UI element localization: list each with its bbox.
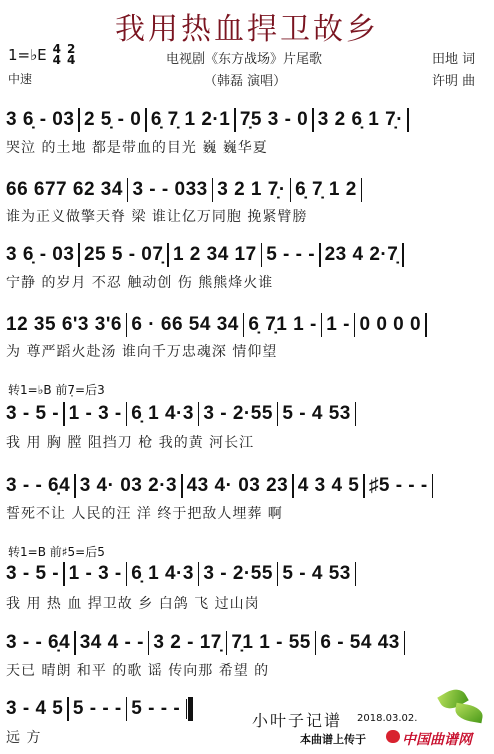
barline: [355, 402, 357, 426]
measure: 3 - 2·55: [203, 563, 272, 585]
notes-line: 3 - 5 -1 - 3 -6̣ 1 4·33 - 2·555 - 4 53: [6, 402, 490, 426]
barline: [312, 108, 314, 132]
barline: [363, 474, 365, 498]
time-signature-2: 2 4: [67, 44, 75, 66]
barline: [78, 108, 80, 132]
barline: [74, 631, 76, 655]
measure: 3 - 4 5: [6, 698, 63, 720]
measure: 3 4· 03 2·3: [80, 475, 177, 497]
barline: [198, 402, 200, 426]
barline: [404, 631, 406, 655]
barline: [361, 178, 363, 202]
lyrics-line: 宁静 的岁月 不忍 触动创 伤 熊熊烽火谁: [6, 272, 490, 292]
notes-line: 3 - 5 -1 - 3 -6̣ 1 4·33 - 2·555 - 4 53: [6, 562, 490, 586]
measure: 3 - - 6̣4: [6, 632, 70, 654]
measure: 6̣ 7̣1 1 -: [248, 314, 316, 336]
barline: [354, 313, 356, 337]
barline: [212, 178, 214, 202]
barline: [226, 631, 228, 655]
barline: [126, 313, 128, 337]
key-signature: 1=♭E: [8, 46, 47, 64]
measure: 25 5 - 07̣: [84, 244, 164, 266]
notes-line: 3 - 4 55 - - -5 - - -: [6, 697, 193, 721]
measure: 0 0 0 0: [359, 314, 421, 336]
barline: [315, 631, 317, 655]
measure: 3 - 5 -: [6, 563, 59, 585]
notes-line: 66 677 62 343 - - 0333 2 1 7̣·6̣ 7̣ 1 2: [6, 178, 490, 202]
time-signature-1: 4 4: [53, 44, 61, 66]
barline: [126, 402, 128, 426]
notes-line: 3 - - 6̣43 4· 03 2·343 4· 03 234 3 4 5♯5…: [6, 474, 490, 498]
measure: 3 6̣ - 03: [6, 109, 74, 131]
leaf-logo-icon: [454, 703, 484, 724]
measure: 2 5̣ - 0: [84, 109, 141, 131]
measure: 34 4 - -: [80, 632, 144, 654]
measure: 5 - 4 53: [282, 403, 350, 425]
lyricist: 田地 词: [432, 48, 475, 67]
measure: 7̣5 3 - 0: [240, 109, 308, 131]
measure: 6 - 54 43: [320, 632, 400, 654]
barline: [126, 697, 128, 721]
measure: 1 -: [326, 314, 350, 336]
barline: [127, 178, 129, 202]
barline: [243, 313, 245, 337]
upload-credit: 本曲谱上传于: [300, 731, 366, 747]
measure: ♯5 - - -: [369, 475, 428, 497]
barline: [126, 562, 128, 586]
barline: [321, 313, 323, 337]
notes-line: 3 6̣ - 032 5̣ - 06̣ 7̣ 1 2·17̣5 3 - 03 2…: [6, 108, 490, 132]
measure: 5 - - -: [73, 698, 122, 720]
tempo-marking: 中速: [8, 70, 32, 87]
measure: 3 - - 6̣4: [6, 475, 70, 497]
final-barline: [188, 697, 193, 721]
notes-line: 3 6̣ - 0325 5 - 07̣1 2 34 175 - - -23 4 …: [6, 243, 490, 267]
measure: 23 4 2·7̣: [325, 244, 399, 266]
modulation-marking: 转1=♭B 前7̣=后3: [8, 381, 105, 398]
barline: [74, 474, 76, 498]
measure: 3 - - 033: [132, 179, 207, 201]
measure: 6̣ 1 4·3: [131, 563, 194, 585]
measure: 6̣ 1 4·3: [131, 403, 194, 425]
barline: [78, 243, 80, 267]
measure: 3 2 6̣ 1 7̣·: [318, 109, 403, 131]
measure: 3 - 5 -: [6, 403, 59, 425]
measure: 1 - 3 -: [69, 563, 122, 585]
measure: 5 - 4 53: [282, 563, 350, 585]
measure: 1 2 34 17: [173, 244, 257, 266]
measure: 6̣ 7̣ 1 2: [295, 179, 357, 201]
barline: [277, 562, 279, 586]
transcriber-signature: 小叶子记谱: [252, 708, 342, 731]
composer: 许明 曲: [432, 70, 475, 89]
lyrics-line: 哭泣 的土地 都是带血的目光 巍 巍华夏: [6, 137, 490, 157]
measure: 3 - 2·55: [203, 403, 272, 425]
site-name-link[interactable]: 中国曲谱网: [402, 729, 472, 749]
transcription-date: 2018.03.02.: [357, 713, 417, 724]
lyrics-line: 为 尊严蹈火赴汤 谁向千万忠魂深 情仰望: [6, 341, 490, 361]
modulation-marking: 转1=B 前♯5=后5: [8, 543, 105, 560]
measure: 3 2 - 17̣: [153, 632, 221, 654]
barline: [290, 178, 292, 202]
barline: [167, 243, 169, 267]
barline: [319, 243, 321, 267]
barline: [432, 474, 434, 498]
measure: 5 - - -: [266, 244, 315, 266]
measure: 6 · 66 54 34: [131, 314, 238, 336]
measure: 43 4· 03 23: [187, 475, 289, 497]
site-logo-icon: [386, 730, 400, 743]
lyrics-line: 誓死不让 人民的汪 洋 终于把敌人埋葬 啊: [6, 503, 490, 523]
measure: 5 - - -: [131, 698, 180, 720]
measure: 7̣1 1 - 55: [231, 632, 311, 654]
barline: [181, 474, 183, 498]
notes-line: 12 35 6ʹ3 3ʹ66 · 66 54 346̣ 7̣1 1 -1 -0 …: [6, 313, 490, 337]
lyrics-line: 天已 晴朗 和平 的歌 谣 传向那 希望 的: [6, 660, 490, 680]
barline: [198, 562, 200, 586]
barline: [355, 562, 357, 586]
measure: 6̣ 7̣ 1 2·1: [151, 109, 231, 131]
subtitle: 电视剧《东方战场》片尾歌: [166, 48, 322, 67]
barline: [148, 631, 150, 655]
measure: 4 3 4 5: [298, 475, 360, 497]
measure: 3 6̣ - 03: [6, 244, 74, 266]
barline: [63, 562, 65, 586]
measure: 66 677 62 34: [6, 179, 123, 201]
key-signature-block: 1=♭E 4 4 2 4: [8, 44, 75, 66]
barline: [261, 243, 263, 267]
lyrics-line: 我 用 胸 膛 阻挡刀 枪 我的黄 河长江: [6, 432, 490, 452]
barline: [407, 108, 409, 132]
barline: [145, 108, 147, 132]
barline: [425, 313, 427, 337]
measure: 3 2 1 7̣·: [217, 179, 285, 201]
barline: [292, 474, 294, 498]
lyrics-line: 谁为正义做擎天脊 梁 谁让亿万同胞 挽紧臂膀: [6, 206, 490, 226]
barline: [277, 402, 279, 426]
notes-line: 3 - - 6̣434 4 - -3 2 - 17̣7̣1 1 - 556 - …: [6, 631, 490, 655]
performer: （韩磊 演唱）: [204, 70, 286, 89]
measure: 12 35 6ʹ3 3ʹ6: [6, 314, 122, 336]
barline: [234, 108, 236, 132]
measure: 1 - 3 -: [69, 403, 122, 425]
lyrics-line: 我 用 热 血 捍卫故 乡 白鸽 飞 过山岗: [6, 593, 490, 613]
barline: [402, 243, 404, 267]
barline: [67, 697, 69, 721]
barline: [63, 402, 65, 426]
